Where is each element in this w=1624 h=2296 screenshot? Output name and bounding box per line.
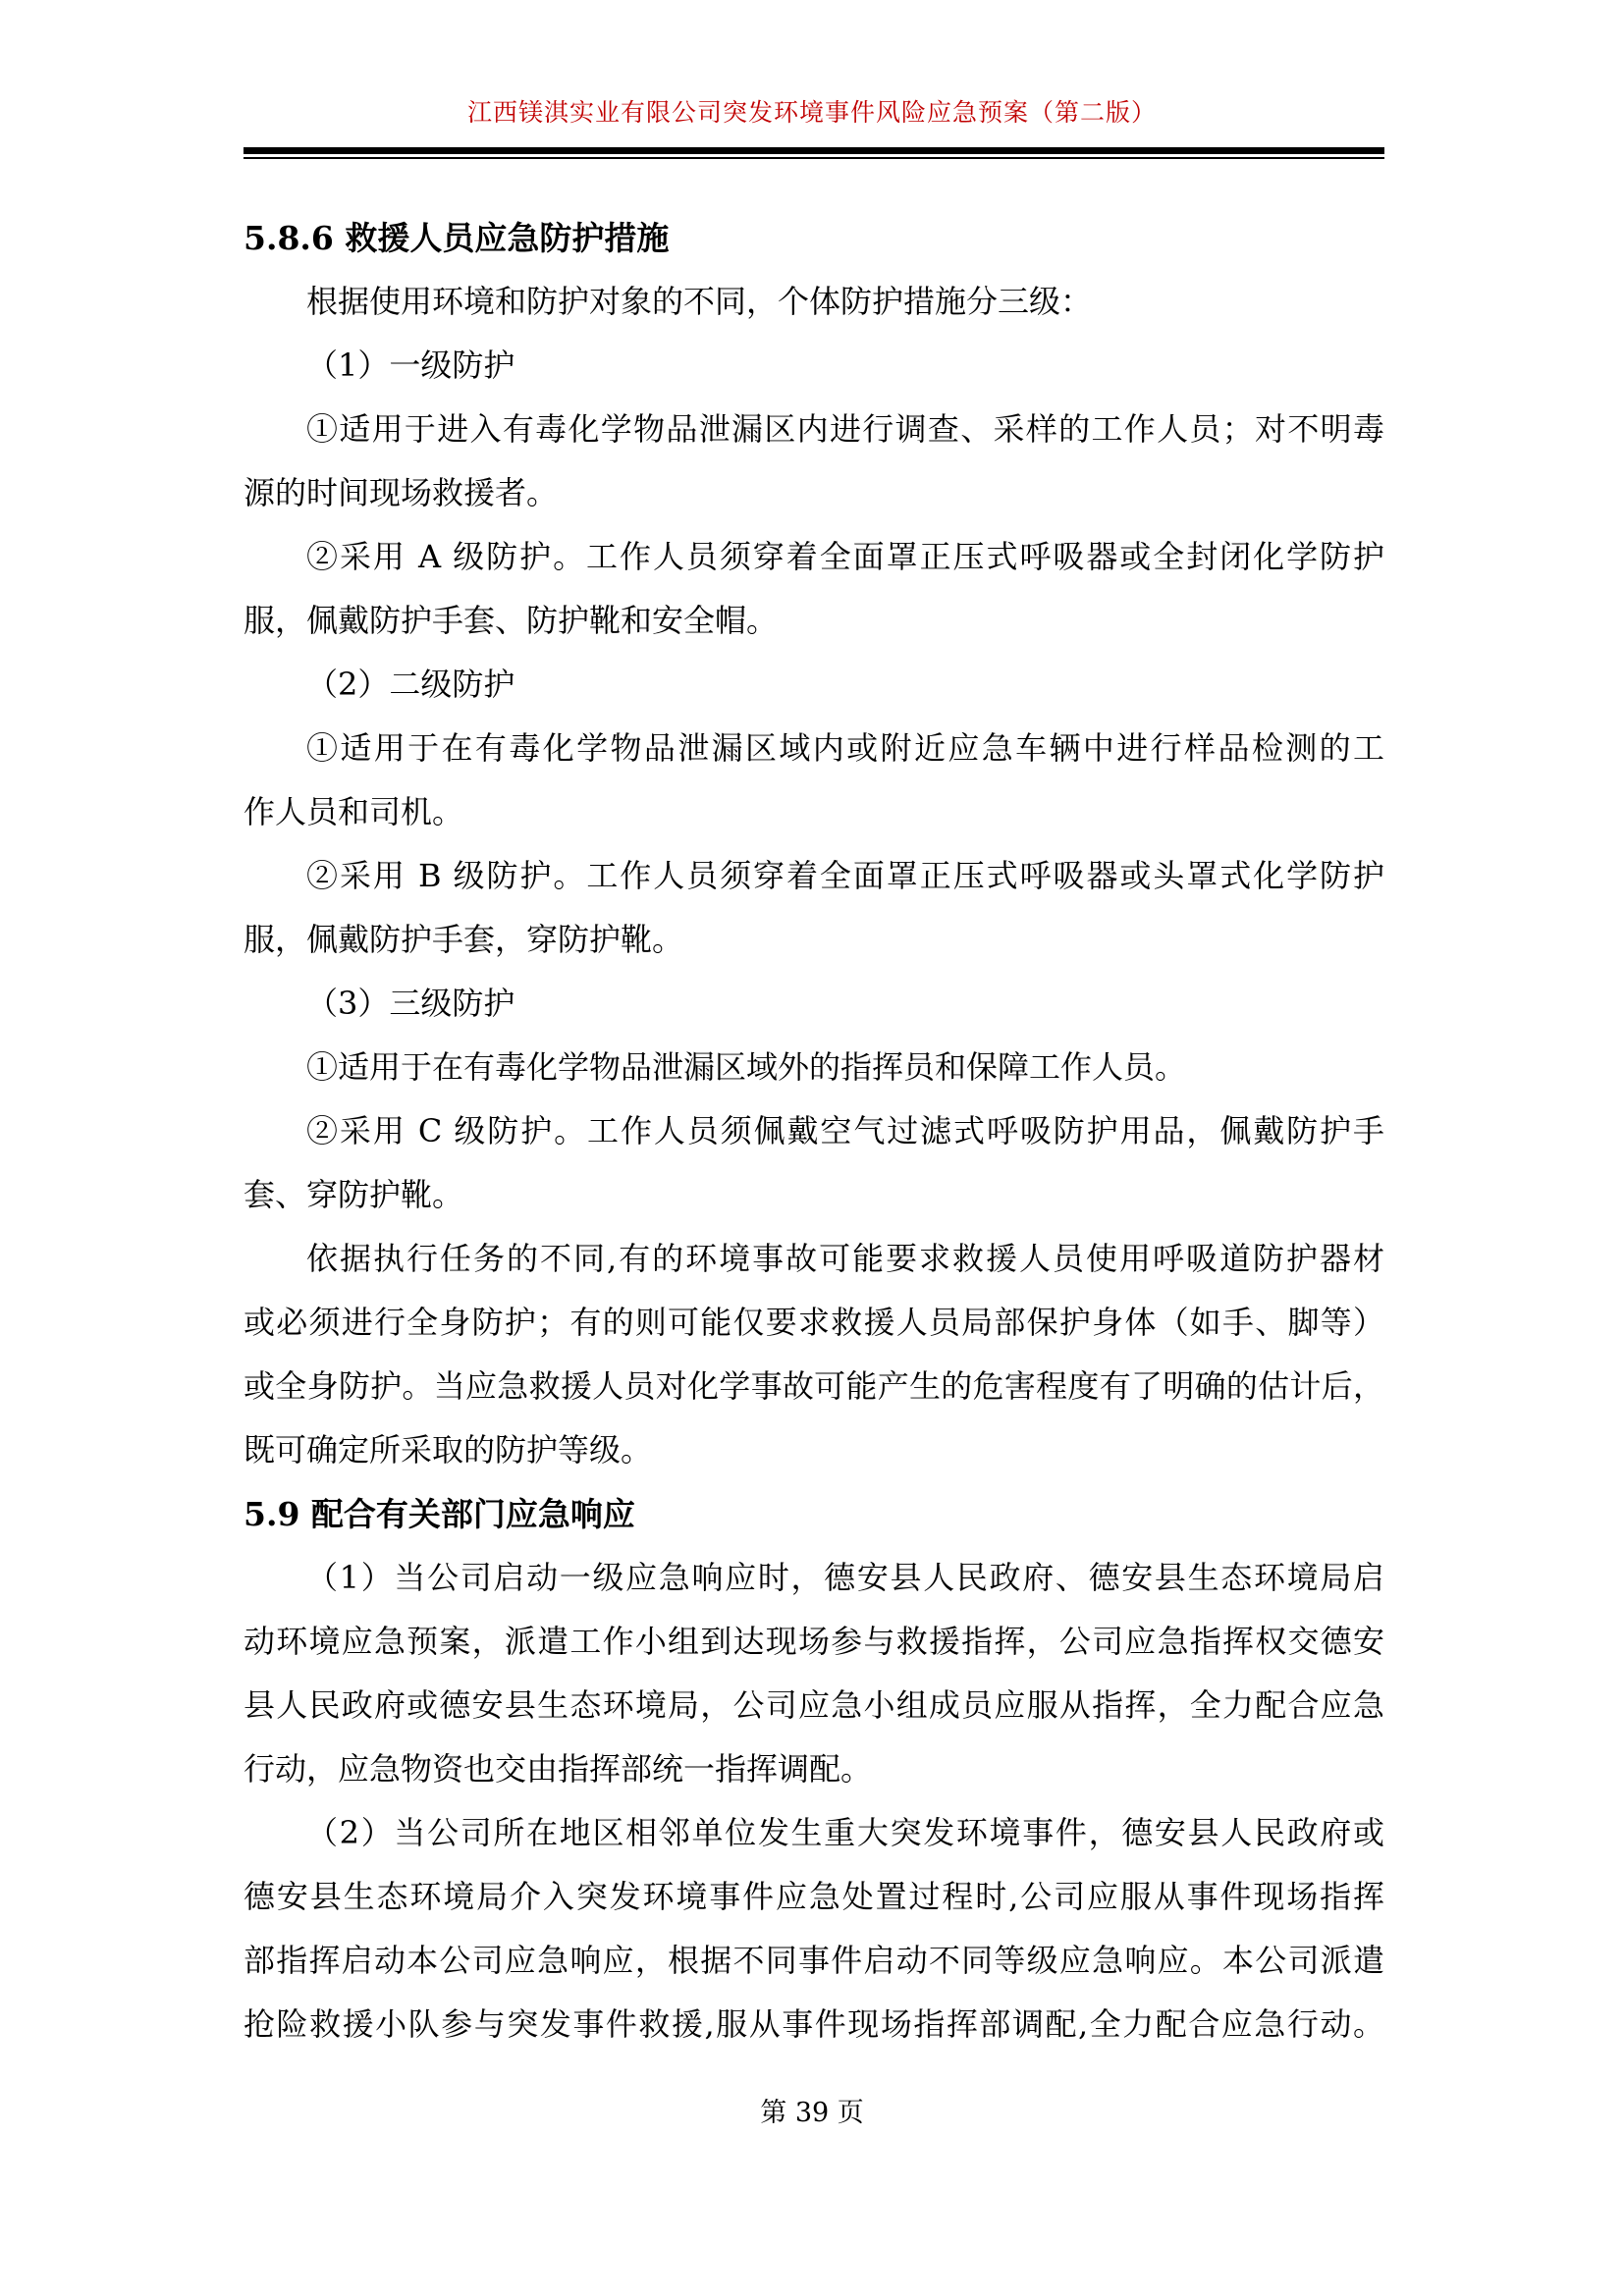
body-line: 部指挥启动本公司应急响应，根据不同事件启动不同等级应急响应。本公司派遣	[244, 1929, 1384, 1993]
document-body: 5.8.6 救援人员应急防护措施 根据使用环境和防护对象的不同，个体防护措施分三…	[244, 206, 1384, 2056]
body-line: ①适用于进入有毒化学物品泄漏区内进行调查、采样的工作人员；对不明毒	[244, 398, 1384, 461]
body-line: 抢险救援小队参与突发事件救援,服从事件现场指挥部调配,全力配合应急行动。	[244, 1993, 1384, 2056]
document-page: 江西镁淇实业有限公司突发环境事件风险应急预案（第二版） 5.8.6 救援人员应急…	[0, 0, 1624, 2296]
body-line: ②采用 A 级防护。工作人员须穿着全面罩正压式呼吸器或全封闭化学防护	[244, 525, 1384, 589]
body-line: ②采用 C 级防护。工作人员须佩戴空气过滤式呼吸防护用品，佩戴防护手	[244, 1099, 1384, 1163]
body-line: ①适用于在有毒化学物品泄漏区域内或附近应急车辆中进行样品检测的工	[244, 717, 1384, 780]
body-line: 县人民政府或德安县生态环境局，公司应急小组成员应服从指挥，全力配合应急	[244, 1674, 1384, 1737]
body-line: （2）当公司所在地区相邻单位发生重大突发环境事件，德安县人民政府或	[244, 1801, 1384, 1865]
body-line: 依据执行任务的不同,有的环境事故可能要求救援人员使用呼吸道防护器材	[244, 1227, 1384, 1291]
body-line: 根据使用环境和防护对象的不同，个体防护措施分三级：	[244, 270, 1384, 334]
body-line: 作人员和司机。	[244, 780, 1384, 844]
body-line: 或必须进行全身防护；有的则可能仅要求救援人员局部保护身体（如手、脚等）	[244, 1291, 1384, 1355]
body-line: （1）当公司启动一级应急响应时，德安县人民政府、德安县生态环境局启	[244, 1546, 1384, 1610]
body-line: 既可确定所采取的防护等级。	[244, 1418, 1384, 1482]
body-line: 德安县生态环境局介入突发环境事件应急处置过程时,公司应服从事件现场指挥	[244, 1865, 1384, 1929]
body-line: 服，佩戴防护手套、防护靴和安全帽。	[244, 589, 1384, 653]
body-line: 或全身防护。当应急救援人员对化学事故可能产生的危害程度有了明确的估计后，	[244, 1355, 1384, 1418]
section-heading-5-9: 5.9 配合有关部门应急响应	[244, 1482, 1384, 1546]
header-rule	[244, 147, 1384, 159]
body-line: 行动，应急物资也交由指挥部统一指挥调配。	[244, 1737, 1384, 1801]
section-heading-5-8-6: 5.8.6 救援人员应急防护措施	[244, 206, 1384, 270]
document-header-title: 江西镁淇实业有限公司突发环境事件风险应急预案（第二版）	[0, 95, 1624, 131]
body-line: （1）一级防护	[244, 334, 1384, 398]
body-line: 源的时间现场救援者。	[244, 461, 1384, 525]
body-line: 服，佩戴防护手套，穿防护靴。	[244, 908, 1384, 972]
body-line: ②采用 B 级防护。工作人员须穿着全面罩正压式呼吸器或头罩式化学防护	[244, 844, 1384, 908]
body-line: 动环境应急预案，派遣工作小组到达现场参与救援指挥，公司应急指挥权交德安	[244, 1610, 1384, 1674]
body-line: ①适用于在有毒化学物品泄漏区域外的指挥员和保障工作人员。	[244, 1036, 1384, 1099]
body-line: 套、穿防护靴。	[244, 1163, 1384, 1227]
body-line: （3）三级防护	[244, 972, 1384, 1036]
footer-page-number: 第 39 页	[0, 2094, 1624, 2133]
body-line: （2）二级防护	[244, 653, 1384, 717]
